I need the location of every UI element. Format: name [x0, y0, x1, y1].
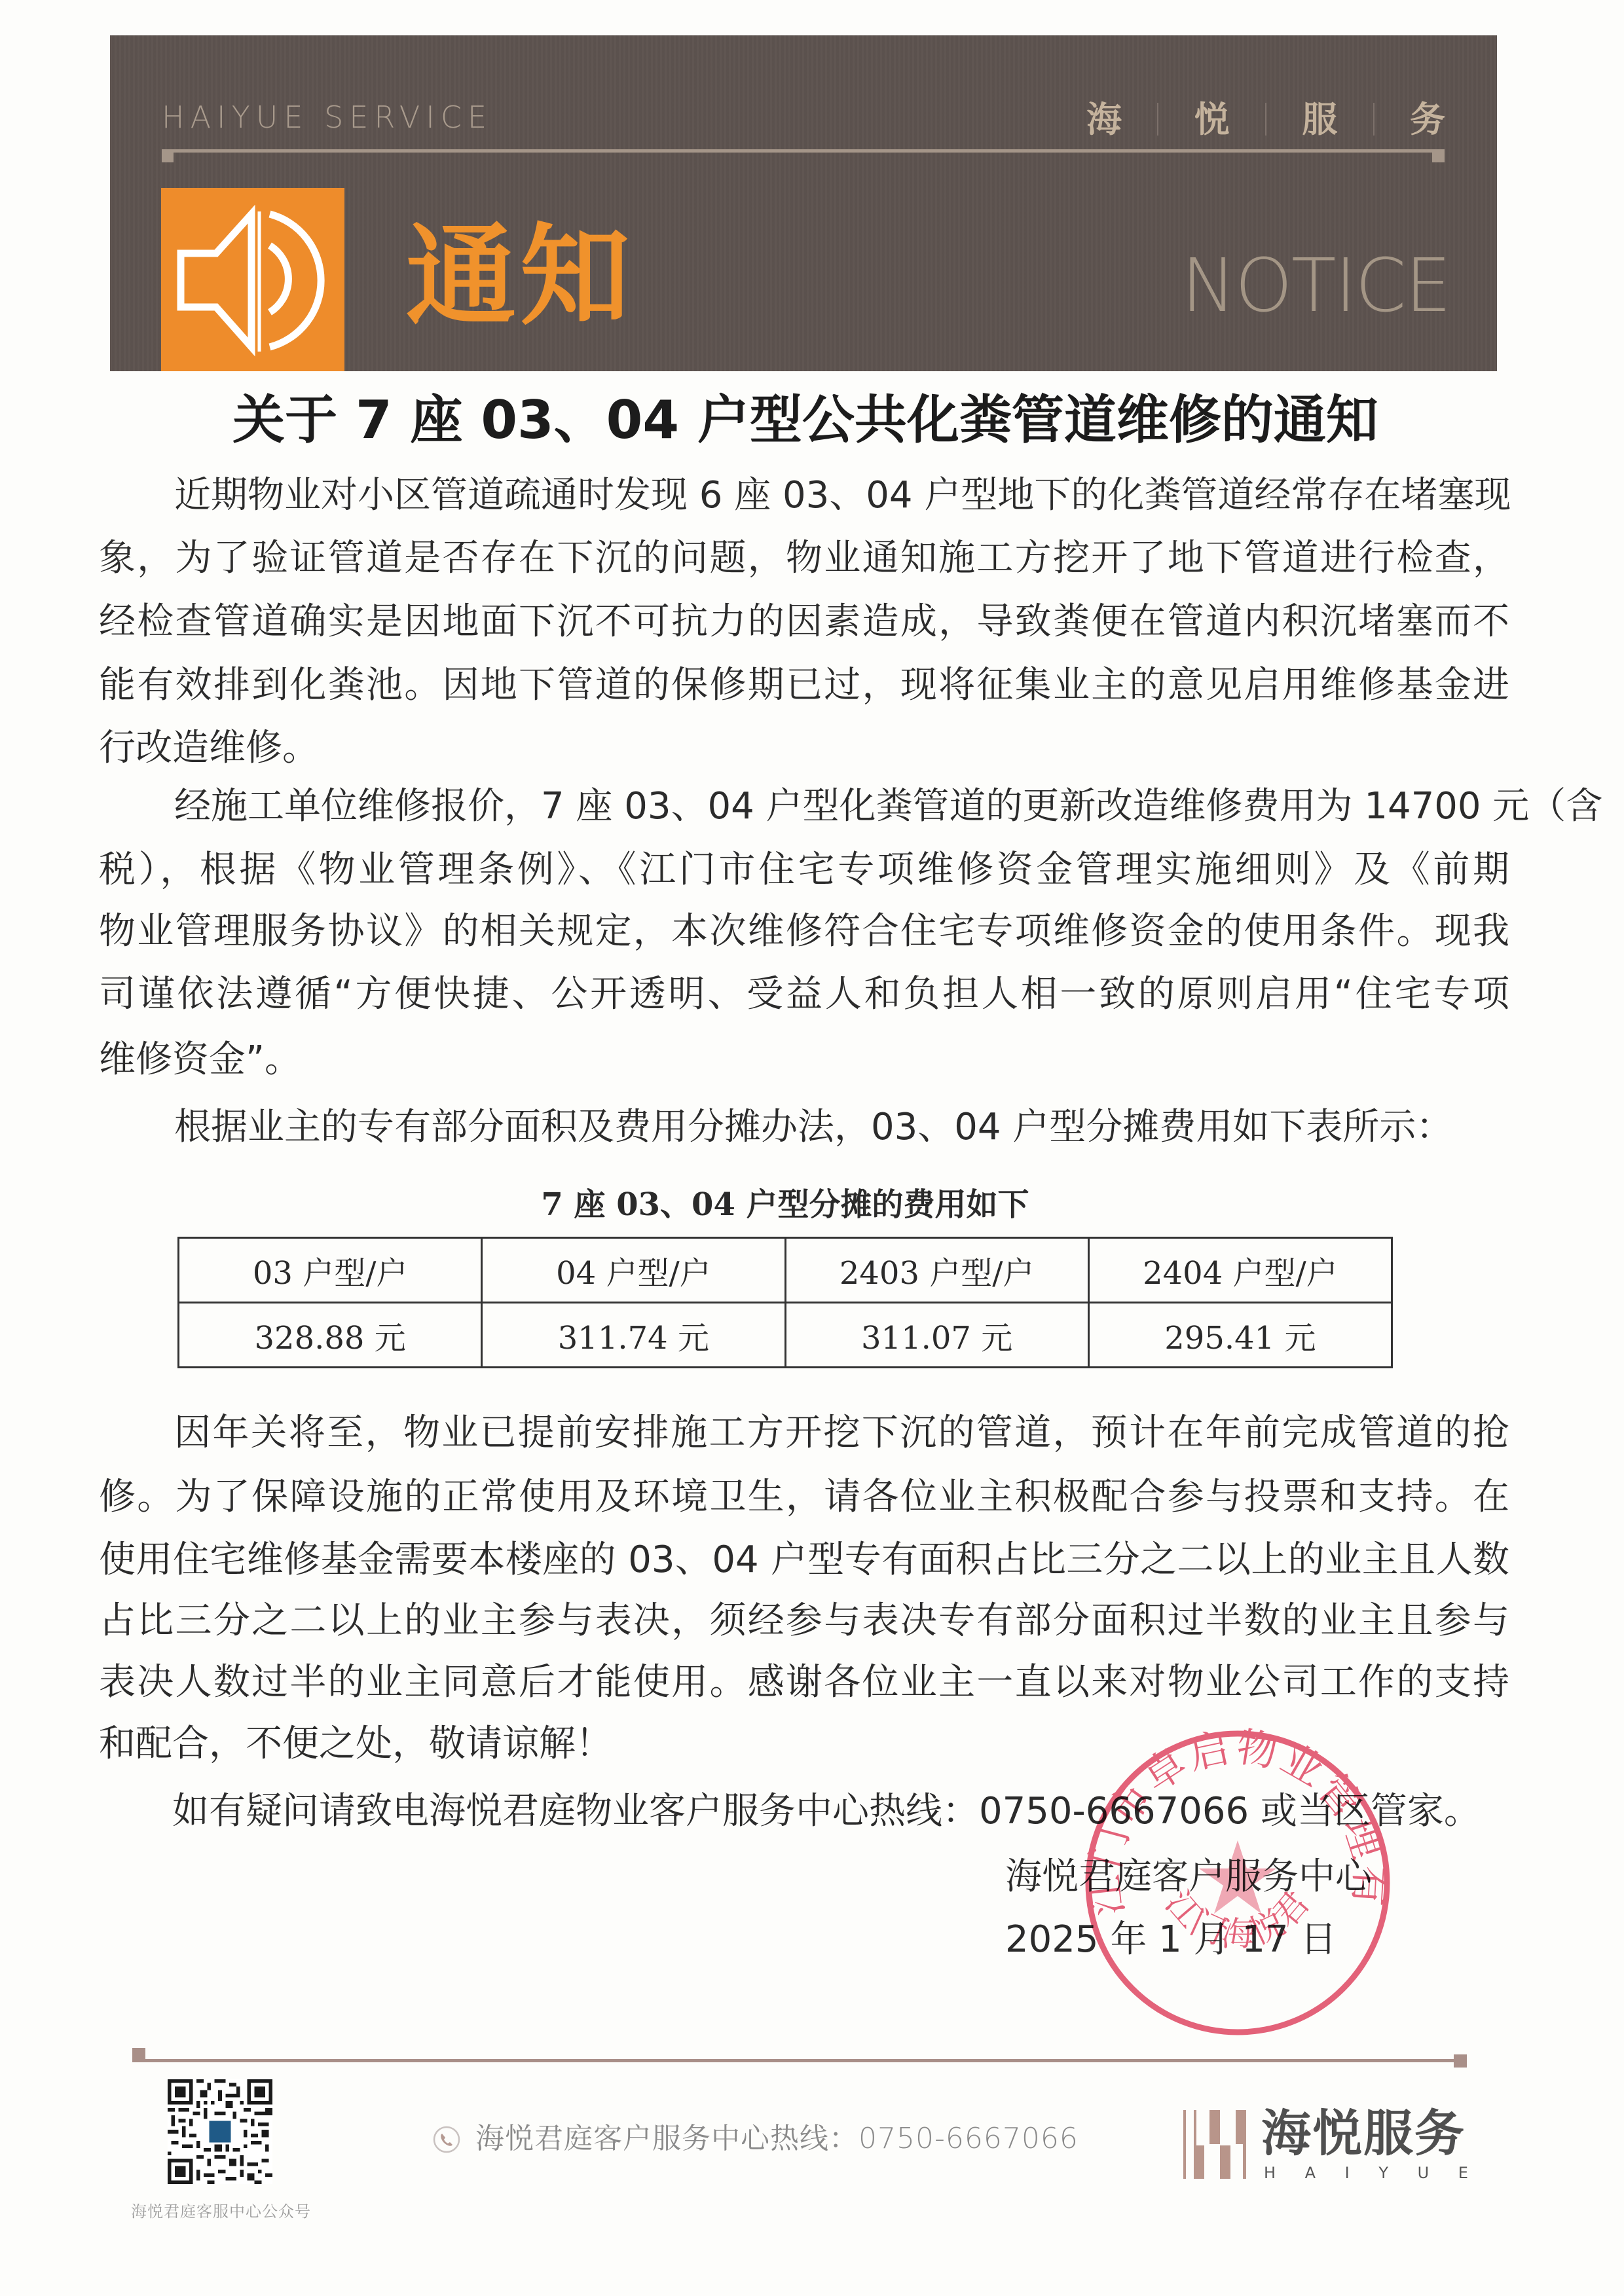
logo-letter: E [1458, 2163, 1468, 2183]
table-cell: 311.74 元 [482, 1303, 785, 1368]
paragraph-line: 因年关将至，物业已提前安排施工方开挖下沉的管道，预计在年前完成管道的抢 [174, 1402, 1509, 1465]
phone-icon [432, 2125, 461, 2154]
qr-center-logo [209, 2121, 231, 2142]
table-header-cell: 03 户型/户 [179, 1238, 482, 1303]
table-header-row: 03 户型/户 04 户型/户 2403 户型/户 2404 户型/户 [179, 1238, 1392, 1303]
paragraph-line: 经施工单位维修报价，7 座 03、04 户型化粪管道的更新改造维修费用为 147… [174, 775, 1509, 838]
paragraph-line: 修。为了保障设施的正常使用及环境卫生，请各位业主积极配合参与投票和支持。在 [99, 1466, 1509, 1529]
document-title: 关于 7 座 03、04 户型公共化粪管道维修的通知 [177, 388, 1434, 453]
table-cell: 311.07 元 [785, 1303, 1088, 1368]
notice-heading-cn: 通知 [406, 211, 634, 342]
notice-icon-box [161, 188, 344, 371]
haiyue-logo-icon [1182, 2109, 1247, 2180]
qr-code[interactable] [168, 2079, 272, 2184]
paragraph-line: 行改造维修。 [99, 717, 1509, 780]
logo-letter: Y [1378, 2163, 1388, 2183]
table-caption: 7 座 03、04 户型分摊的费用如下 [178, 1184, 1392, 1226]
paragraph-line: 司谨依法遵循“方便快捷、公开透明、受益人和负担人相一致的原则启用“住宅专项 [99, 963, 1509, 1026]
table-header-cell: 2404 户型/户 [1088, 1238, 1392, 1303]
paragraph-line: 能有效排到化粪池。因地下管道的保修期已过，现将征集业主的意见启用维修基金进 [99, 654, 1509, 717]
table-cell: 328.88 元 [179, 1303, 482, 1368]
paragraph-line: 占比三分之二以上的业主参与表决，须经参与表决专有部分面积过半数的业主且参与 [99, 1590, 1509, 1652]
logo-letter: I [1345, 2163, 1350, 2183]
footer-hotline: 海悦君庭客户服务中心热线：0750-6667066 [475, 2120, 1079, 2158]
qr-caption: 海悦君庭客服中心公众号 [131, 2201, 311, 2222]
header-banner: HAIYUE SERVICE 海 悦 服 务 通知 NOTICE [110, 35, 1497, 371]
official-seal-stamp: 江门市卓启物业管理有限公司 江门海悦君庭客户服务中心 [1080, 1726, 1395, 2040]
haiyue-logo-text: 海悦服务 [1261, 2104, 1466, 2163]
brand-separator [1373, 103, 1375, 136]
paragraph-line: 使用住宅维修基金需要本楼座的 03、04 户型专有面积占比三分之二以上的业主且人… [99, 1529, 1509, 1592]
fee-table: 03 户型/户 04 户型/户 2403 户型/户 2404 户型/户 328.… [177, 1237, 1393, 1368]
banner-divider [162, 149, 1445, 153]
footer-divider-cap [132, 2048, 145, 2062]
brand-separator [1157, 103, 1158, 136]
table-cell: 295.41 元 [1088, 1303, 1392, 1368]
speaker-icon [161, 188, 344, 371]
table-header-cell: 2403 户型/户 [785, 1238, 1088, 1303]
table-row: 328.88 元 311.74 元 311.07 元 295.41 元 [179, 1303, 1392, 1368]
footer-divider-cap [1454, 2054, 1467, 2068]
paragraph-line: 税），根据《物业管理条例》、《江门市住宅专项维修资金管理实施细则》及《前期 [99, 839, 1509, 902]
brand-separator [1265, 103, 1266, 136]
notice-heading-en: NOTICE [1181, 244, 1450, 329]
brand-char: 海 [1086, 100, 1122, 139]
banner-divider-cap [1432, 149, 1445, 162]
paragraph-line: 维修资金”。 [99, 1029, 1509, 1091]
paragraph-line: 物业管理服务协议》的相关规定，本次维修符合住宅专项维修资金的使用条件。现我 [99, 900, 1509, 963]
logo-letter: H [1264, 2163, 1276, 2183]
paragraph-line: 经检查管道确实是因地面下沉不可抗力的因素造成，导致粪便在管道内积沉堵塞而不 [99, 591, 1509, 653]
logo-letter: A [1305, 2163, 1316, 2183]
brand-char: 务 [1409, 100, 1446, 139]
brand-char: 服 [1301, 100, 1338, 139]
banner-divider-cap [162, 149, 174, 162]
brand-english: HAIYUE SERVICE [162, 101, 492, 134]
logo-letter: U [1418, 2163, 1430, 2183]
stamp-star-icon [1199, 1840, 1276, 1914]
table-header-cell: 04 户型/户 [482, 1238, 785, 1303]
paragraph-line: 表决人数过半的业主同意后才能使用。感谢各位业主一直以来对物业公司工作的支持 [99, 1651, 1509, 1714]
paragraph-line: 近期物业对小区管道疏通时发现 6 座 03、04 户型地下的化粪管道经常存在堵塞… [174, 464, 1509, 527]
haiyue-logo-letters: H A I Y U E [1264, 2163, 1468, 2183]
brand-char: 悦 [1194, 100, 1230, 139]
footer-divider [132, 2059, 1467, 2062]
paragraph-line: 根据业主的专有部分面积及费用分摊办法，03、04 户型分摊费用如下表所示： [174, 1096, 1509, 1159]
paragraph-line: 象，为了验证管道是否存在下沉的问题，物业通知施工方挖开了地下管道进行检查， [99, 527, 1509, 590]
brand-chinese: 海 悦 服 务 [1086, 100, 1446, 139]
